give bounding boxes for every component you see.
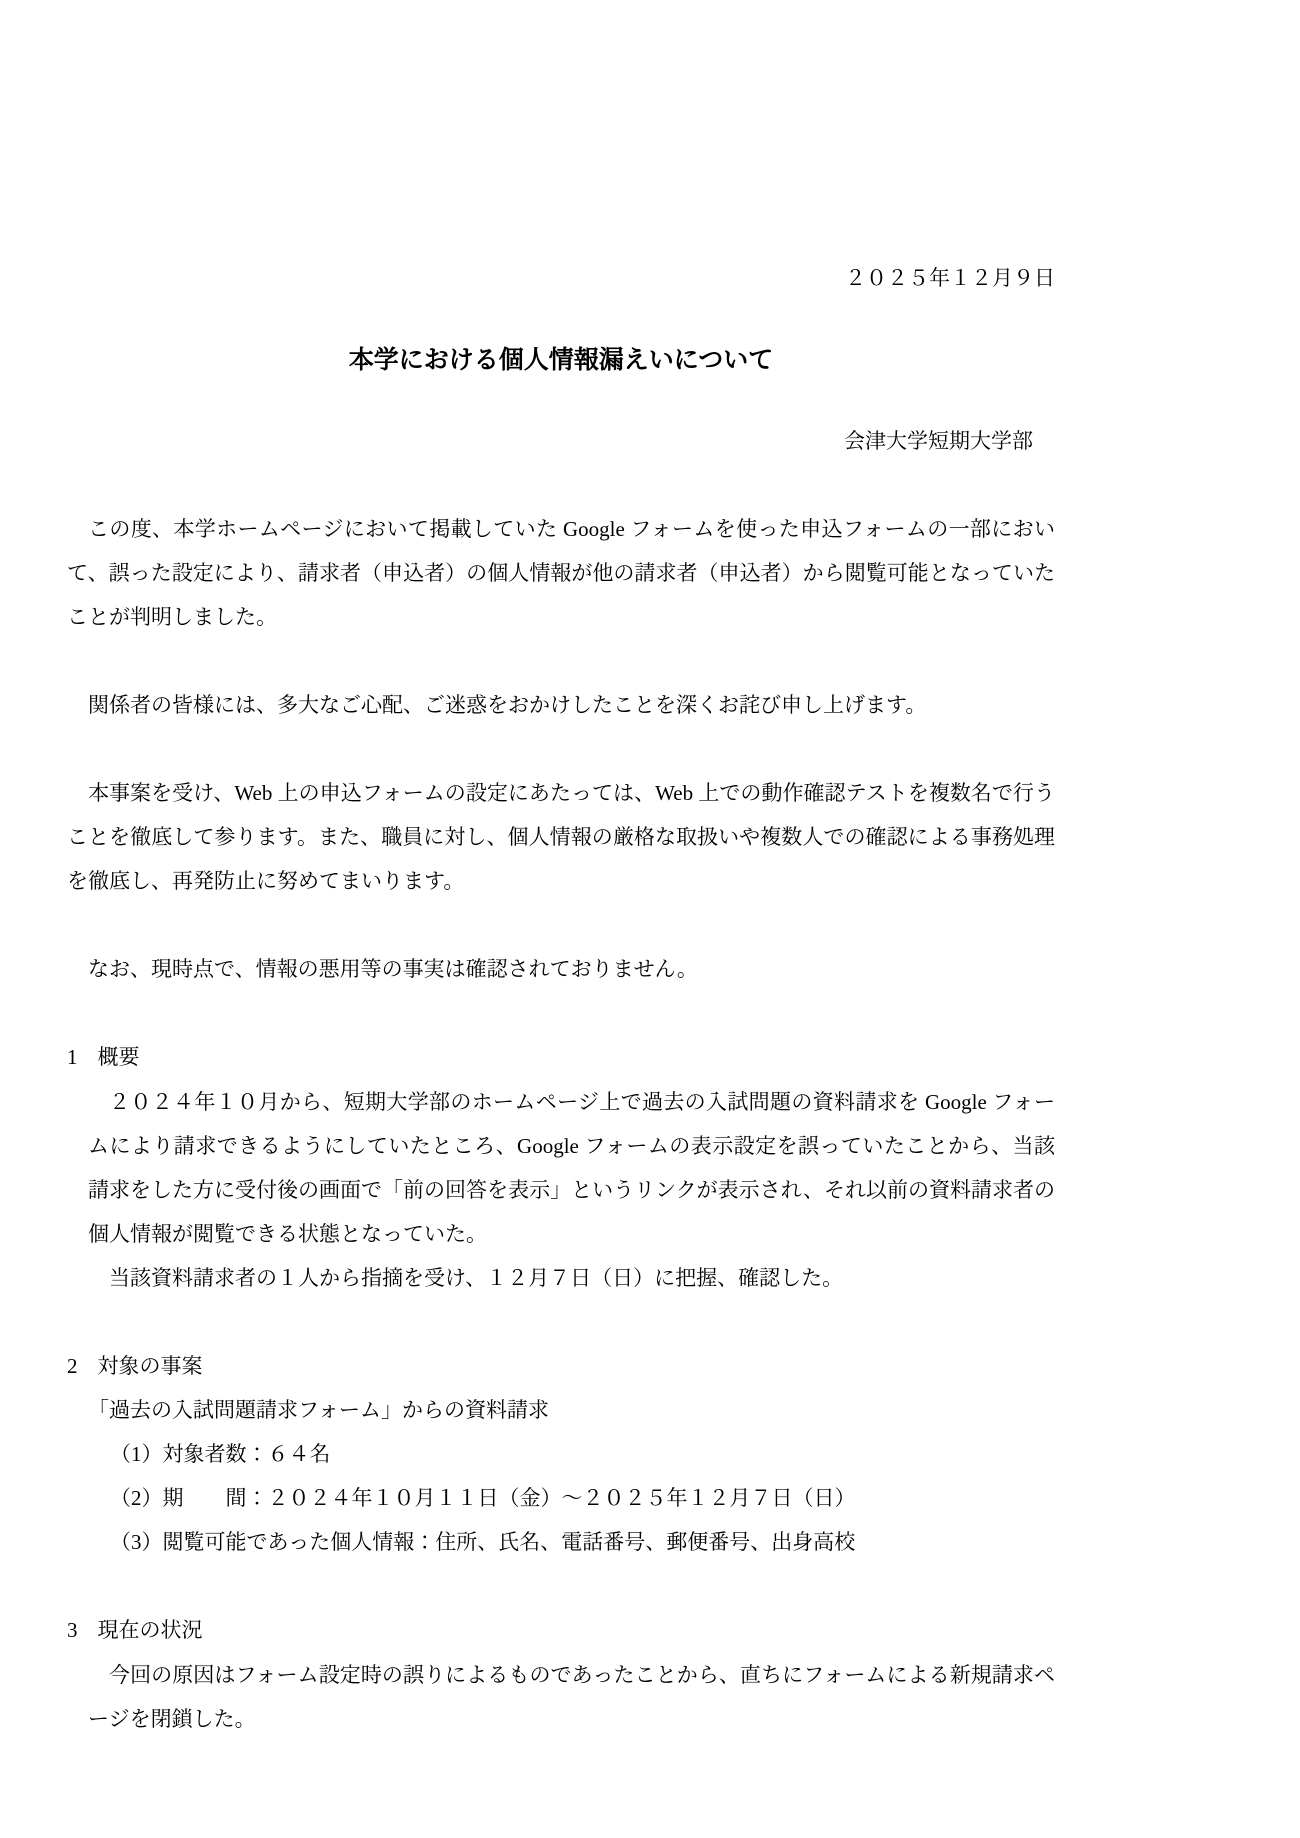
section-2-lead: 「過去の入試問題請求フォーム」からの資料請求	[88, 1388, 1055, 1432]
section-3-title: 現在の状況	[98, 1608, 203, 1652]
section-1-body-detection: 当該資料請求者の１人から指摘を受け、１２月７日（日）に把握、確認した。	[88, 1256, 1055, 1300]
item-exposed-personal-info: （3）閲覧可能であった個人情報：住所、氏名、電話番号、郵便番号、出身高校	[110, 1520, 1055, 1564]
section-1-overview: 1 概要 ２０２４年１０月から、短期大学部のホームページ上で過去の入試問題の資料…	[67, 1035, 1055, 1300]
section-2-number: 2	[67, 1344, 78, 1388]
document-author: 会津大学短期大学部	[67, 419, 1055, 463]
section-3-number: 3	[67, 1608, 78, 1652]
section-3-current-status: 3 現在の状況 今回の原因はフォーム設定時の誤りによるものであったことから、直ち…	[67, 1608, 1055, 1740]
section-2-affected-case: 2 対象の事案 「過去の入試問題請求フォーム」からの資料請求 （1）対象者数：６…	[67, 1344, 1055, 1564]
section-2-items: （1）対象者数：６４名 （2）期 間：２０２４年１０月１１日（金）～２０２５年１…	[110, 1432, 1055, 1564]
paragraph-countermeasures: 本事案を受け、Web 上の申込フォームの設定にあたっては、Web 上での動作確認…	[67, 771, 1055, 903]
section-1-body-cause: ２０２４年１０月から、短期大学部のホームページ上で過去の入試問題の資料請求を G…	[88, 1080, 1055, 1256]
section-3-heading: 3 現在の状況	[67, 1608, 1055, 1652]
document-date: ２０２５年１２月９日	[67, 256, 1055, 300]
document-title: 本学における個人情報漏えいについて	[67, 344, 1055, 377]
paragraph-apology: 関係者の皆様には、多大なご心配、ご迷惑をおかけしたことを深くお詫び申し上げます。	[67, 683, 1055, 727]
section-1-heading: 1 概要	[67, 1035, 1055, 1079]
section-1-title: 概要	[98, 1035, 140, 1079]
item-affected-count: （1）対象者数：６４名	[110, 1432, 1055, 1476]
section-2-heading: 2 対象の事案	[67, 1344, 1055, 1388]
section-2-title: 対象の事案	[98, 1344, 203, 1388]
paragraph-no-misuse: なお、現時点で、情報の悪用等の事実は確認されておりません。	[67, 947, 1055, 991]
document-page: ２０２５年１２月９日 本学における個人情報漏えいについて 会津大学短期大学部 こ…	[0, 0, 1300, 1838]
paragraph-incident-summary: この度、本学ホームページにおいて掲載していた Google フォームを使った申込…	[67, 507, 1055, 639]
item-period: （2）期 間：２０２４年１０月１１日（金）～２０２５年１２月７日（日）	[110, 1476, 1055, 1520]
section-1-number: 1	[67, 1035, 78, 1079]
section-3-body-closure: 今回の原因はフォーム設定時の誤りによるものであったことから、直ちにフォームによる…	[88, 1653, 1055, 1741]
